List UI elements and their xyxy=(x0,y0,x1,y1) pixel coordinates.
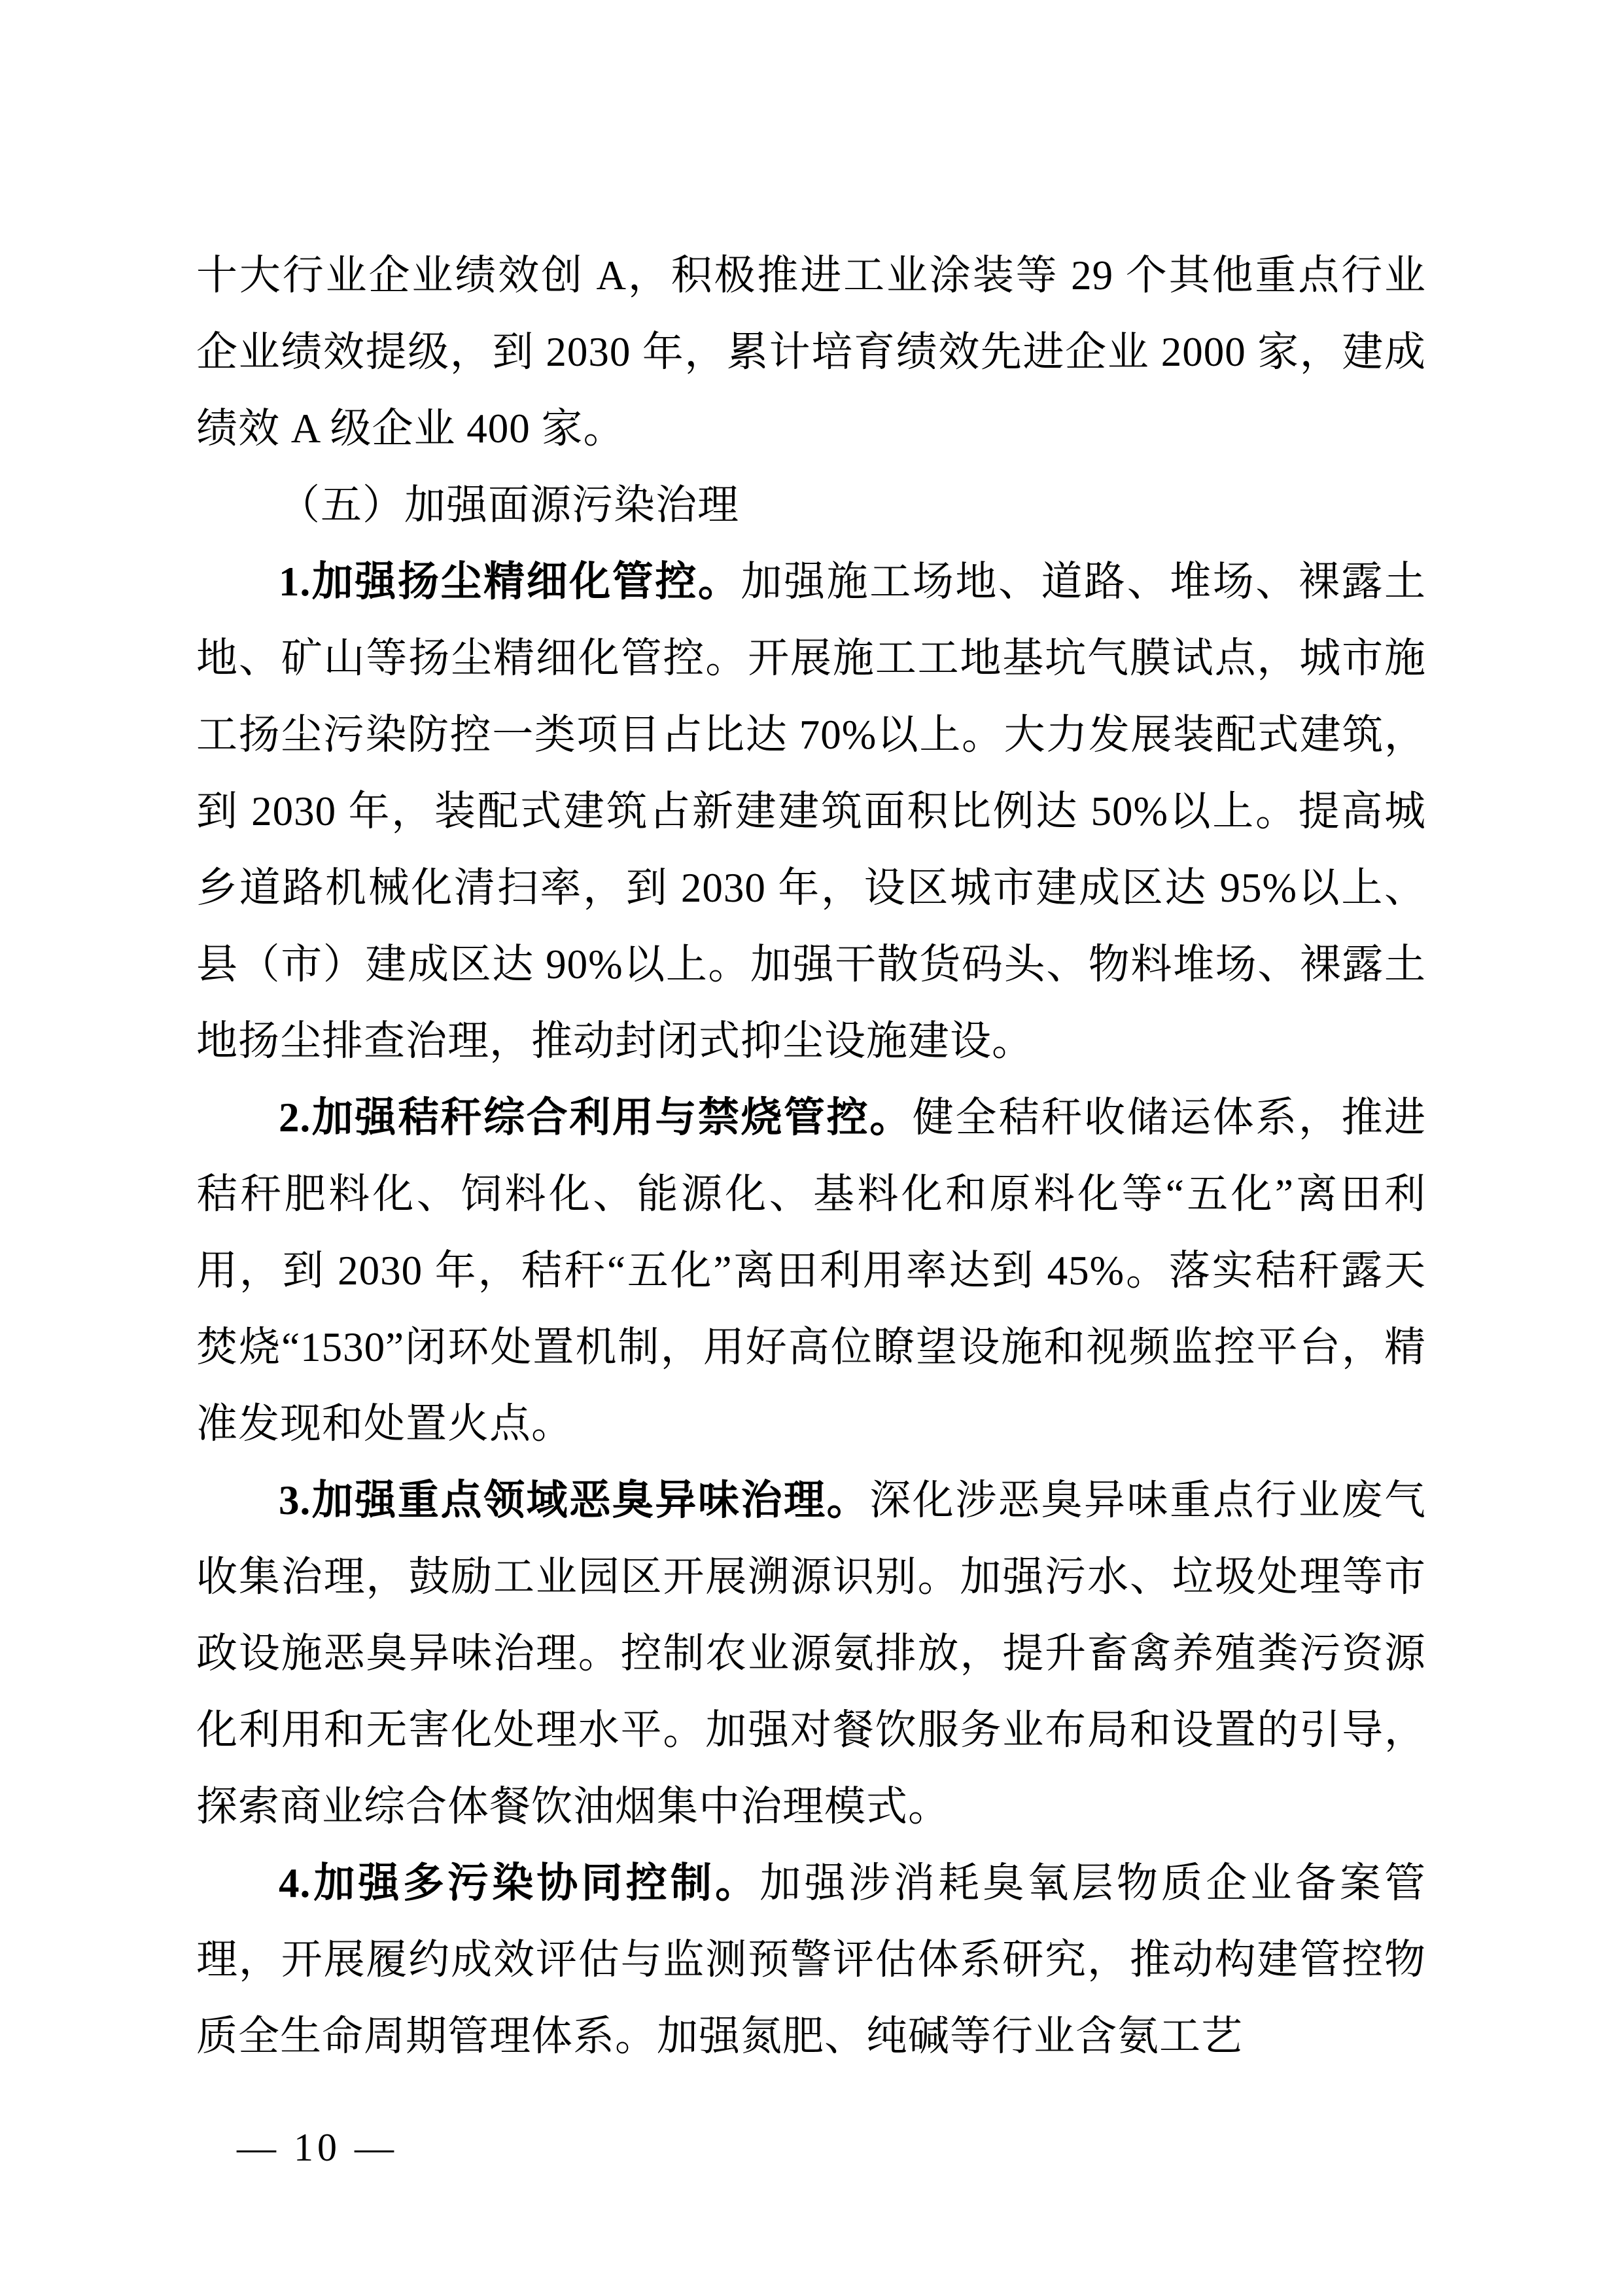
paragraph-continuation: 十大行业企业绩效创 A，积极推进工业涂装等 29 个其他重点行业企业绩效提级，到… xyxy=(196,238,1426,467)
item-1-lead: 1.加强扬尘精细化管控。 xyxy=(279,559,741,605)
document-body: 十大行业企业绩效创 A，积极推进工业涂装等 29 个其他重点行业企业绩效提级，到… xyxy=(196,238,1426,2075)
item-1-body: 加强施工场地、道路、堆场、裸露土地、矿山等扬尘精细化管控。开展施工工地基坑气膜试… xyxy=(196,559,1426,1064)
section-heading: （五）加强面源污染治理 xyxy=(196,467,1426,544)
item-2-lead: 2.加强秸秆综合利用与禁烧管控。 xyxy=(279,1095,913,1140)
numbered-item-3: 3.加强重点领域恶臭异味治理。深化涉恶臭异味重点行业废气收集治理，鼓励工业园区开… xyxy=(196,1462,1426,1845)
item-3-body: 深化涉恶臭异味重点行业废气收集治理，鼓励工业园区开展溯源识别。加强污水、垃圾处理… xyxy=(196,1477,1426,1829)
item-4-lead: 4.加强多污染协同控制。 xyxy=(279,1860,759,1906)
numbered-item-4: 4.加强多污染协同控制。加强涉消耗臭氧层物质企业备案管理，开展履约成效评估与监测… xyxy=(196,1845,1426,2075)
numbered-item-2: 2.加强秸秆综合利用与禁烧管控。健全秸秆收储运体系，推进秸秆肥料化、饲料化、能源… xyxy=(196,1080,1426,1462)
document-page: 十大行业企业绩效创 A，积极推进工业涂装等 29 个其他重点行业企业绩效提级，到… xyxy=(0,0,1623,2296)
numbered-item-1: 1.加强扬尘精细化管控。加强施工场地、道路、堆场、裸露土地、矿山等扬尘精细化管控… xyxy=(196,544,1426,1080)
item-3-lead: 3.加强重点领域恶臭异味治理。 xyxy=(279,1477,869,1523)
page-number: — 10 — xyxy=(237,2125,398,2170)
item-2-body: 健全秸秆收储运体系，推进秸秆肥料化、饲料化、能源化、基料化和原料化等“五化”离田… xyxy=(196,1095,1426,1447)
